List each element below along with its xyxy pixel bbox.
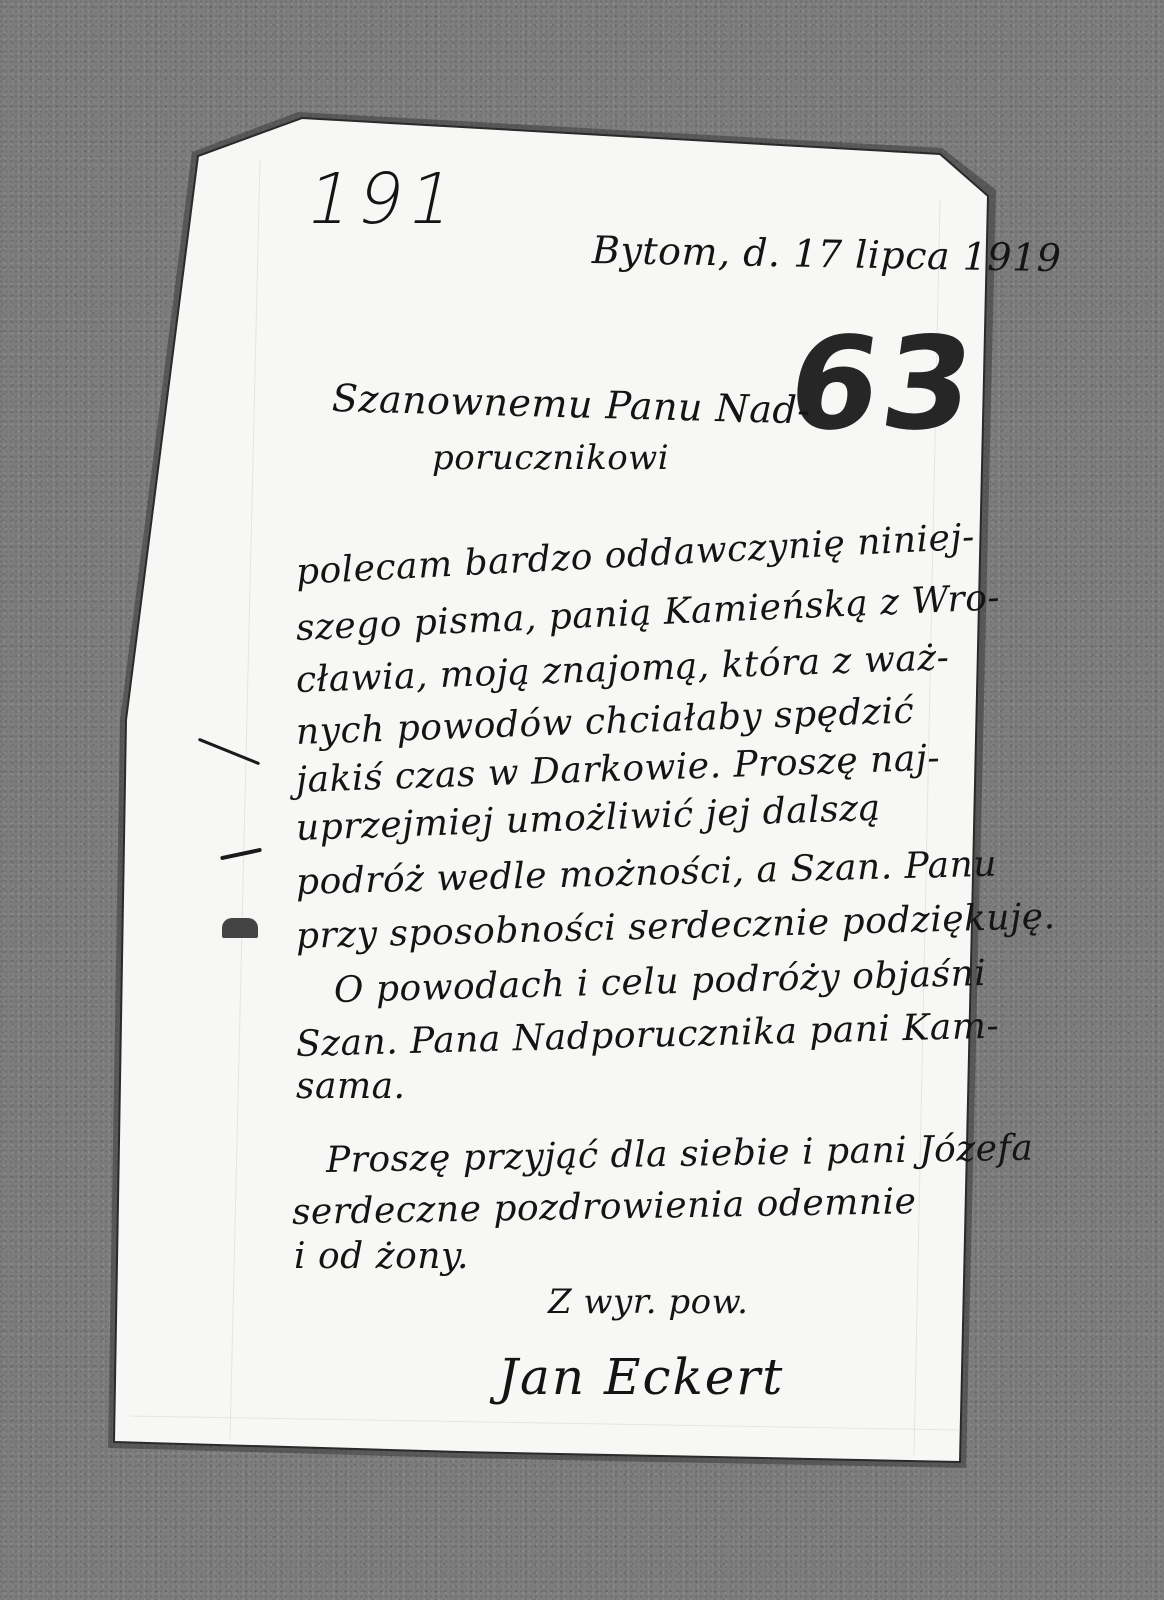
archive-number: 191 (299, 158, 468, 240)
signature: Jan Eckert (498, 1348, 784, 1406)
valediction: Z wyr. pow. (548, 1282, 749, 1322)
place-and-date: Bytom, d. 17 lipca 1919 (592, 228, 1062, 280)
salutation-line: porucznikowi (432, 438, 669, 478)
ink-blot (222, 918, 258, 938)
closing-line: i od żony. (294, 1236, 469, 1277)
body-line: sama. (296, 1066, 405, 1107)
stamp-number: 63 (780, 310, 987, 459)
